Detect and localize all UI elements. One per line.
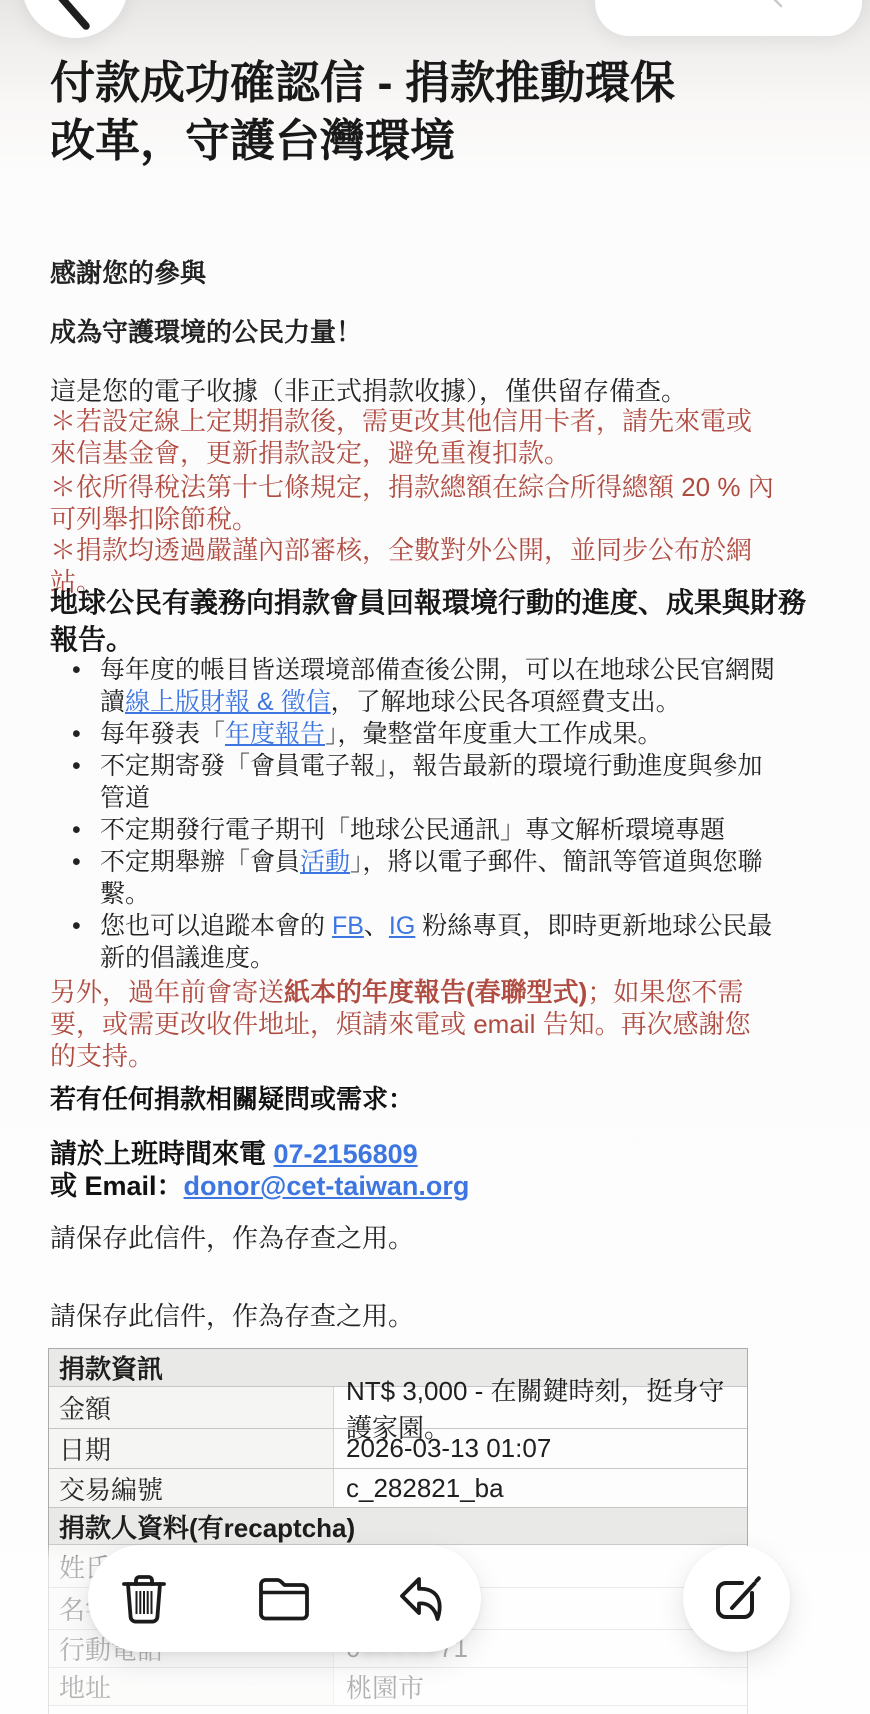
notice-recurring: ＊若設定線上定期捐款後，需更改其他信用卡者，請先來電或來信基金會，更新捐款設定，… bbox=[50, 405, 776, 469]
list-item: 不定期舉辦「會員活動」，將以電子郵件、簡訊等管道與您聯繫。 bbox=[50, 846, 780, 910]
message-nav-pill[interactable] bbox=[595, 0, 862, 36]
delete-button[interactable] bbox=[116, 1571, 172, 1627]
contact-email-line: 或 Email：donor@cet-taiwan.org bbox=[50, 1170, 776, 1202]
trash-icon bbox=[118, 1572, 170, 1626]
report-bullet-list: 每年度的帳目皆送環境部備查後公開，可以在地球公民官網閱讀線上版財報 & 徵信，了… bbox=[50, 654, 780, 974]
row-value: NT$ 3,000 - 在關鍵時刻，挺身守護家園。 bbox=[334, 1387, 747, 1428]
contact-heading: 若有任何捐款相關疑問或需求： bbox=[50, 1083, 776, 1115]
back-button[interactable] bbox=[22, 0, 128, 38]
list-item: 每年發表「年度報告」，彙整當年度重大工作成果。 bbox=[50, 718, 780, 750]
financial-report-link[interactable]: 線上版財報 & 徵信 bbox=[125, 688, 331, 716]
annual-report-link[interactable]: 年度報告 bbox=[225, 720, 325, 748]
chevron-down-icon bbox=[773, 0, 785, 8]
report-heading: 地球公民有義務向捐款會員回報環境行動的進度、成果與財務報告。 bbox=[50, 584, 815, 658]
table-row: 金額 NT$ 3,000 - 在關鍵時刻，挺身守護家園。 bbox=[49, 1386, 747, 1428]
email-subject: 付款成功確認信 - 捐款推動環保改革，守護台灣環境 bbox=[50, 54, 690, 170]
table-row: 交易編號 c_282821_ba bbox=[49, 1468, 747, 1507]
table-section-header-donor: 捐款人資料(有recaptcha) bbox=[49, 1507, 747, 1544]
row-label: 交易編號 bbox=[49, 1469, 334, 1507]
reply-arrow-icon bbox=[397, 1575, 449, 1623]
row-label: 金額 bbox=[49, 1387, 334, 1428]
keep-note-2: 請保存此信件，作為存查之用。 bbox=[50, 1300, 776, 1332]
list-item: 您也可以追蹤本會的 FB、IG 粉絲專頁，即時更新地球公民最新的倡議進度。 bbox=[50, 910, 780, 974]
email-link[interactable]: donor@cet-taiwan.org bbox=[184, 1171, 470, 1201]
row-label: 日期 bbox=[49, 1429, 334, 1468]
compose-icon bbox=[709, 1571, 765, 1627]
receipt-note: 這是您的電子收據（非正式捐款收據），僅供留存備查。 bbox=[50, 375, 776, 407]
thanks-line: 感謝您的參與 bbox=[50, 257, 776, 289]
reply-button[interactable] bbox=[395, 1571, 451, 1627]
list-item: 不定期寄發「會員電子報」，報告最新的環境行動進度與參加管道 bbox=[50, 750, 780, 814]
row-value: 2026-03-13 01:07 bbox=[334, 1429, 747, 1468]
phone-link[interactable]: 07-2156809 bbox=[274, 1139, 418, 1169]
list-item: 每年度的帳目皆送環境部備查後公開，可以在地球公民官網閱讀線上版財報 & 徵信，了… bbox=[50, 654, 780, 718]
paper-report-note: 另外，過年前會寄送紙本的年度報告(春聯型式)；如果您不需要，或需更改收件地址，煩… bbox=[50, 976, 776, 1072]
table-row: 日期 2026-03-13 01:07 bbox=[49, 1428, 747, 1468]
folder-icon bbox=[257, 1576, 311, 1622]
row-value: c_282821_ba bbox=[334, 1469, 747, 1507]
chevron-left-icon bbox=[22, 0, 128, 38]
headline: 成為守護環境的公民力量！ bbox=[50, 316, 776, 348]
instagram-link[interactable]: IG bbox=[389, 912, 415, 940]
list-item: 不定期發行電子期刊「地球公民通訊」專文解析環境專題 bbox=[50, 814, 780, 846]
compose-button[interactable] bbox=[683, 1545, 790, 1652]
keep-note-1: 請保存此信件，作為存查之用。 bbox=[50, 1222, 776, 1254]
move-to-folder-button[interactable] bbox=[256, 1571, 312, 1627]
contact-phone-line: 請於上班時間來電 07-2156809 bbox=[50, 1138, 776, 1170]
mail-toolbar bbox=[88, 1545, 481, 1652]
member-events-link[interactable]: 活動 bbox=[300, 848, 350, 876]
facebook-link[interactable]: FB bbox=[332, 912, 364, 940]
notice-tax: ＊依所得稅法第十七條規定，捐款總額在綜合所得總額 20 % 內可列舉扣除節稅。 bbox=[50, 471, 776, 535]
